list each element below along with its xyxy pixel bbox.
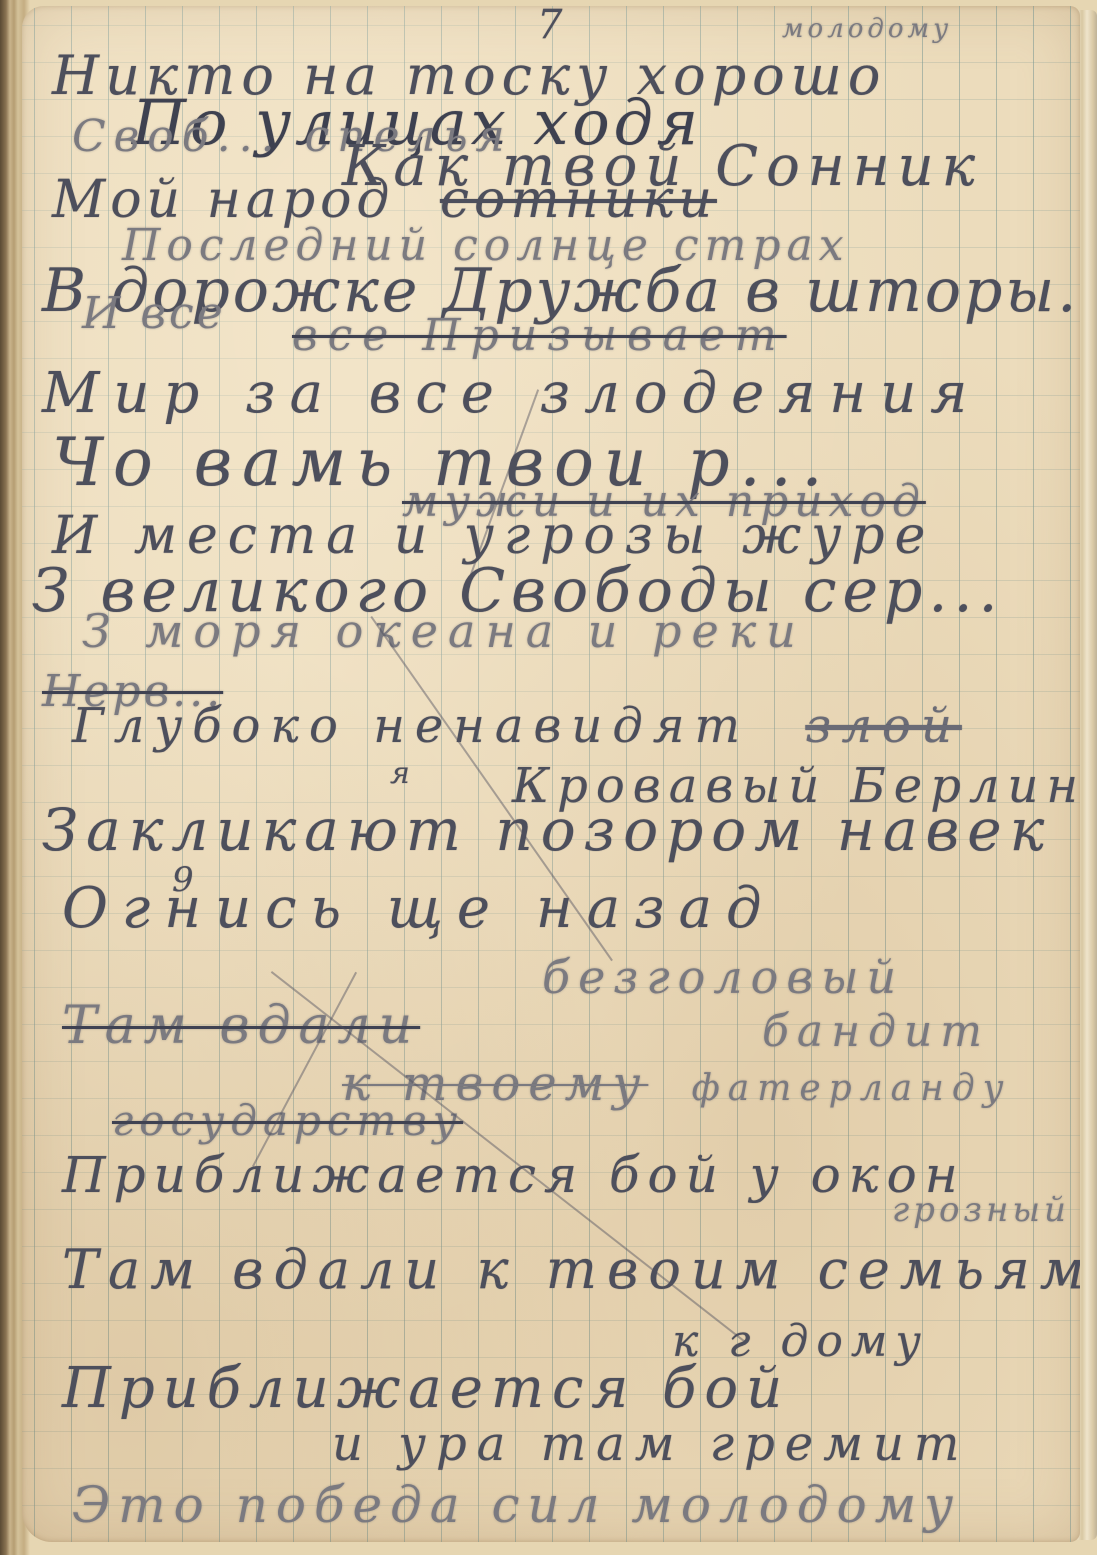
handwritten-line: Огнись ще назад bbox=[62, 876, 776, 941]
handwritten-line: безголовый bbox=[542, 950, 904, 1004]
handwritten-line: Мир за все злодеяния bbox=[42, 361, 981, 426]
struck-word: фатерланду bbox=[692, 1068, 1012, 1109]
handwritten-line: грозный bbox=[892, 1190, 1070, 1230]
handwritten-line: и ура там гремит bbox=[332, 1416, 969, 1472]
insertion-molodomu: молодому bbox=[782, 14, 952, 44]
handwritten-line: все Призывает bbox=[292, 310, 787, 361]
notebook-page: молодому 7 Никто на тоску хорошо По улиц… bbox=[22, 6, 1080, 1542]
correction-mark-7: 7 bbox=[537, 6, 565, 48]
line-text: Глубоко ненавидят bbox=[72, 698, 750, 754]
handwritten-line: Это победа сил молодому bbox=[72, 1476, 961, 1534]
handwritten-line: Там вдали к твоим семьям bbox=[62, 1238, 1080, 1301]
handwritten-line: И все bbox=[82, 288, 226, 339]
handwritten-line: бандит bbox=[762, 1006, 990, 1057]
handwritten-line: З моря океана и реки bbox=[82, 604, 806, 658]
handwritten-line: Глубоко ненавидят злой bbox=[72, 698, 962, 754]
handwritten-line: Приближается бой у окон bbox=[62, 1146, 966, 1204]
struck-word: злой bbox=[805, 698, 962, 754]
correction-mark: я bbox=[390, 756, 413, 791]
handwritten-line: Закликают позором навек bbox=[42, 796, 1052, 864]
handwritten-line: Приближается бой bbox=[62, 1356, 790, 1421]
